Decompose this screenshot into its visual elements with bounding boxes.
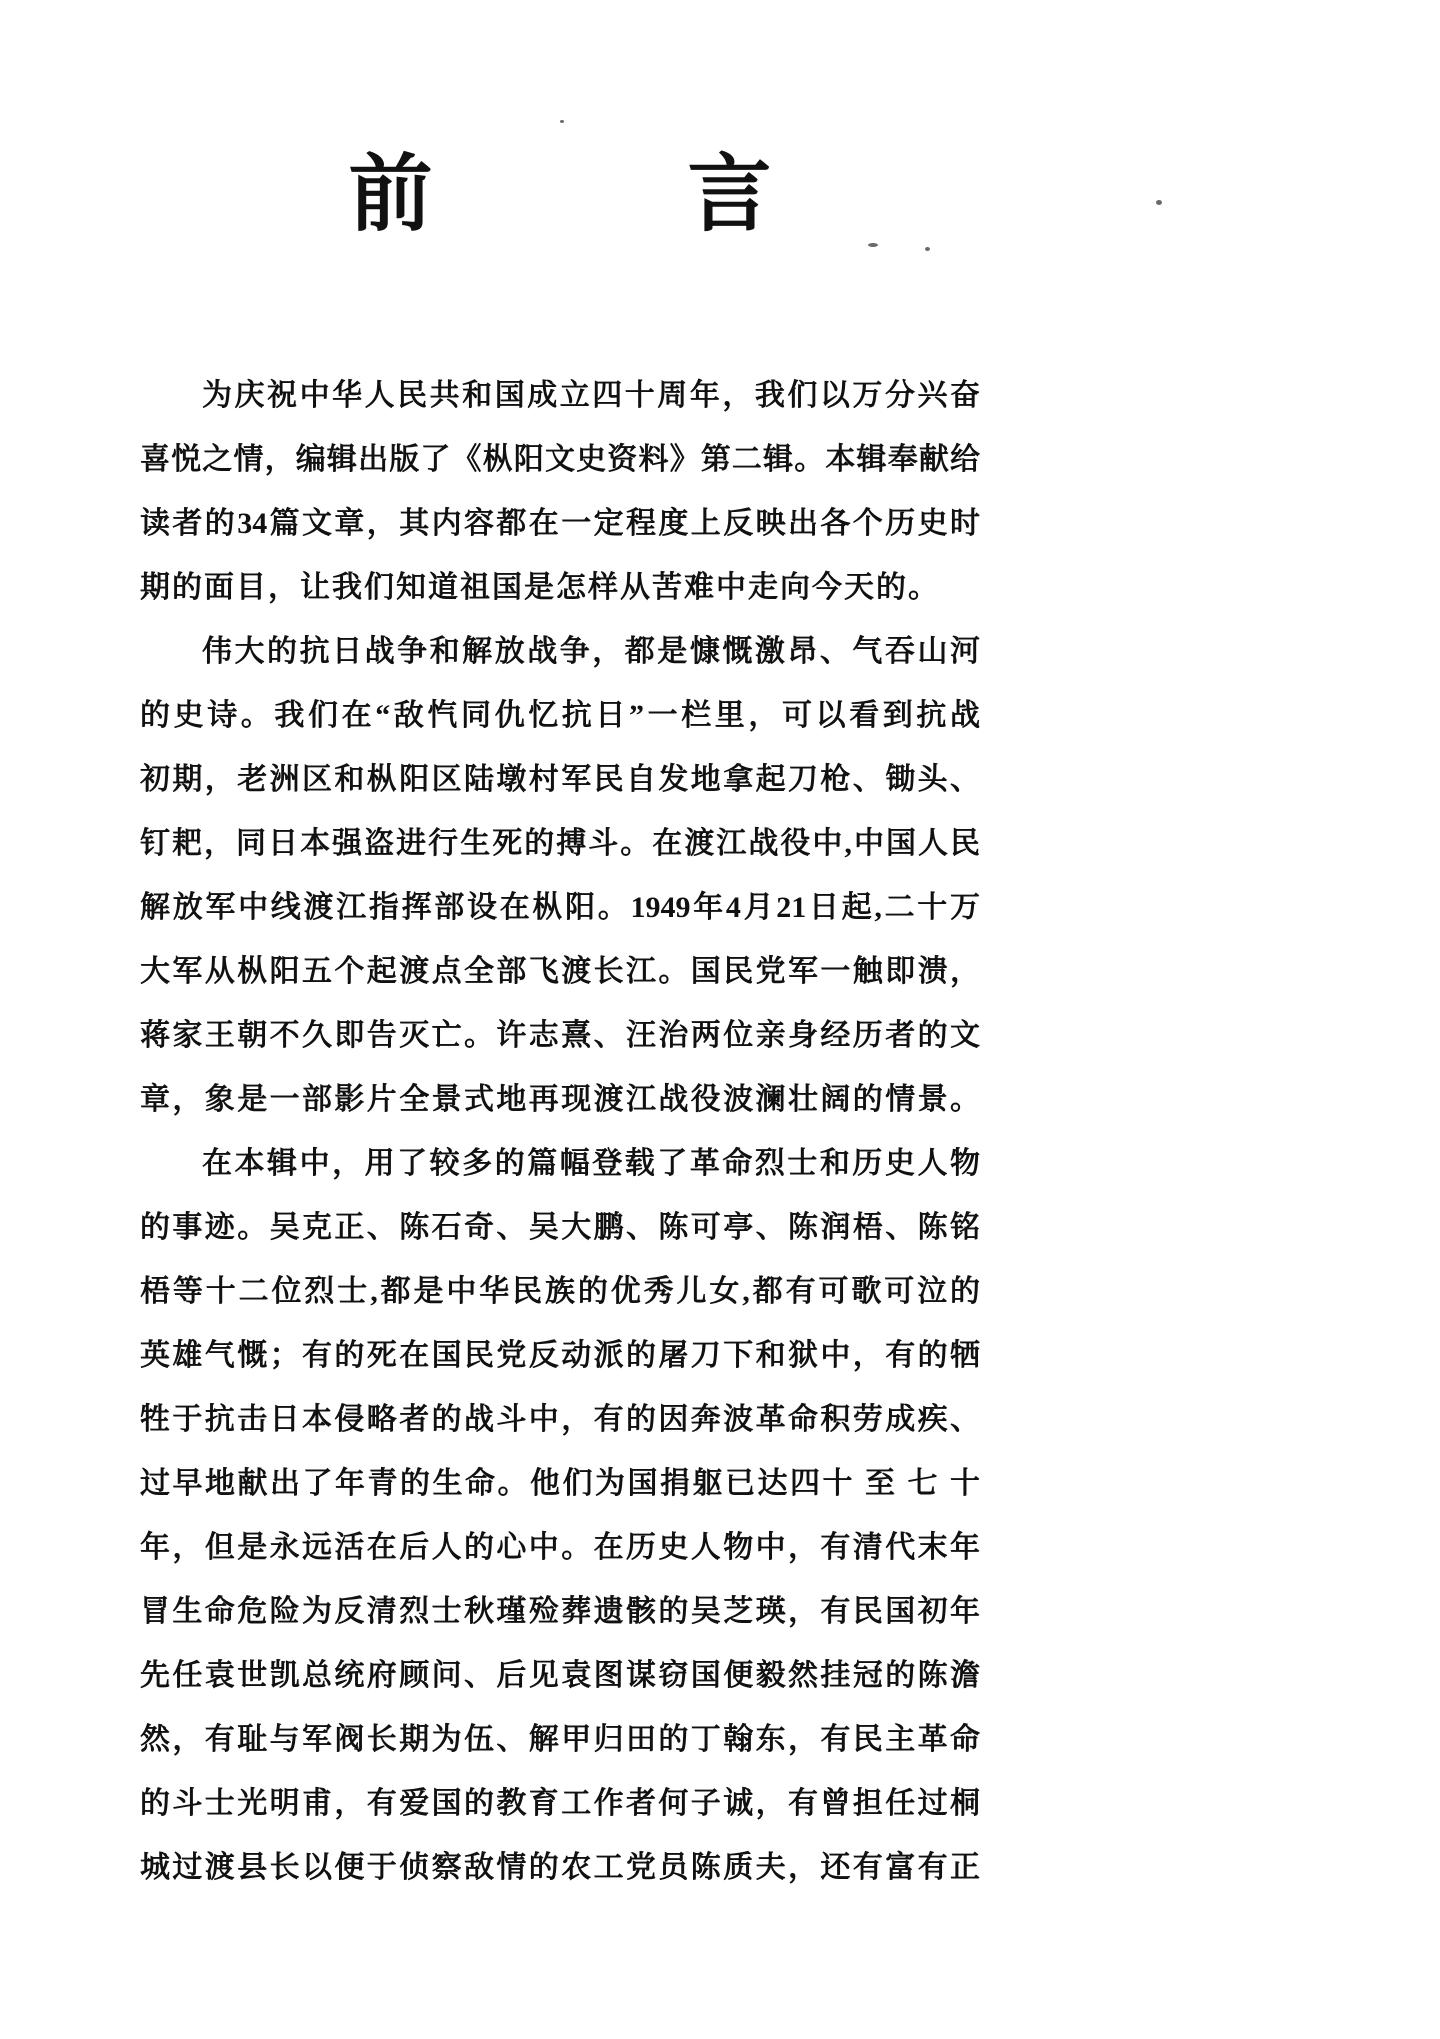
page-title-char-2: 言 [688,150,772,242]
scanned-page: 前 言 为庆祝中华人民共和国成立四十周年，我们以万分兴奋喜悦之情，编辑出版了《枞… [0,0,1440,2039]
text-line: 先任袁世凯总统府顾问、后见袁图谋窃国便毅然挂冠的陈澹 [140,1644,980,1708]
scan-speck [560,120,564,123]
text-line: 的斗士光明甫，有爱国的教育工作者何子诚，有曾担任过桐 [140,1772,980,1836]
text-line: 梧等十二位烈士,都是中华民族的优秀儿女,都有可歌可泣的 [140,1260,980,1324]
text-line: 牲于抗击日本侵略者的战斗中，有的因奔波革命积劳成疾、 [140,1388,980,1452]
text-line: 钉耙，同日本强盗进行生死的搏斗。在渡江战役中,中国人民 [140,812,980,876]
text-line: 期的面目，让我们知道祖国是怎样从苦难中走向今天的。 [140,556,980,620]
scan-speck [925,247,930,251]
text-line: 然，有耻与军阀长期为伍、解甲归田的丁翰东，有民主革命 [140,1708,980,1772]
text-line: 伟大的抗日战争和解放战争，都是慷慨激昂、气吞山河 [140,620,980,684]
text-line: 章，象是一部影片全景式地再现渡江战役波澜壮阔的情景。 [140,1068,980,1132]
text-line: 为庆祝中华人民共和国成立四十周年，我们以万分兴奋 [140,364,980,428]
text-line: 初期，老洲区和枞阳区陆墩村军民自发地拿起刀枪、锄头、 [140,748,980,812]
text-line: 年，但是永远活在后人的心中。在历史人物中，有清代末年 [140,1516,980,1580]
text-line: 解放军中线渡江指挥部设在枞阳。1949年4月21日起,二十万 [140,876,980,940]
text-line: 的史诗。我们在“敌忾同仇忆抗日”一栏里，可以看到抗战 [140,684,980,748]
preface-text-block: 为庆祝中华人民共和国成立四十周年，我们以万分兴奋喜悦之情，编辑出版了《枞阳文史资… [140,364,980,1900]
text-line: 英雄气慨；有的死在国民党反动派的屠刀下和狱中，有的牺 [140,1324,980,1388]
text-line: 过早地献出了年青的生命。他们为国捐躯已达四十 至 七 十 [140,1452,980,1516]
text-line: 的事迹。吴克正、陈石奇、吴大鹏、陈可亭、陈润梧、陈铭 [140,1196,980,1260]
page-title-char-1: 前 [348,150,432,242]
text-line: 蒋家王朝不久即告灭亡。许志熹、汪治两位亲身经历者的文 [140,1004,980,1068]
scan-speck [1156,200,1162,205]
text-line: 读者的34篇文章，其内容都在一定程度上反映出各个历史时 [140,492,980,556]
page-title: 前 言 [140,150,980,242]
text-line: 大军从枞阳五个起渡点全部飞渡长江。国民党军一触即溃， [140,940,980,1004]
text-line: 冒生命危险为反清烈士秋瑾殓葬遗骸的吴芝瑛，有民国初年 [140,1580,980,1644]
text-line: 喜悦之情，编辑出版了《枞阳文史资料》第二辑。本辑奉献给 [140,428,980,492]
scan-speck [868,243,878,247]
text-line: 城过渡县长以便于侦察敌情的农工党员陈质夫，还有富有正 [140,1836,980,1900]
text-line: 在本辑中，用了较多的篇幅登载了革命烈士和历史人物 [140,1132,980,1196]
